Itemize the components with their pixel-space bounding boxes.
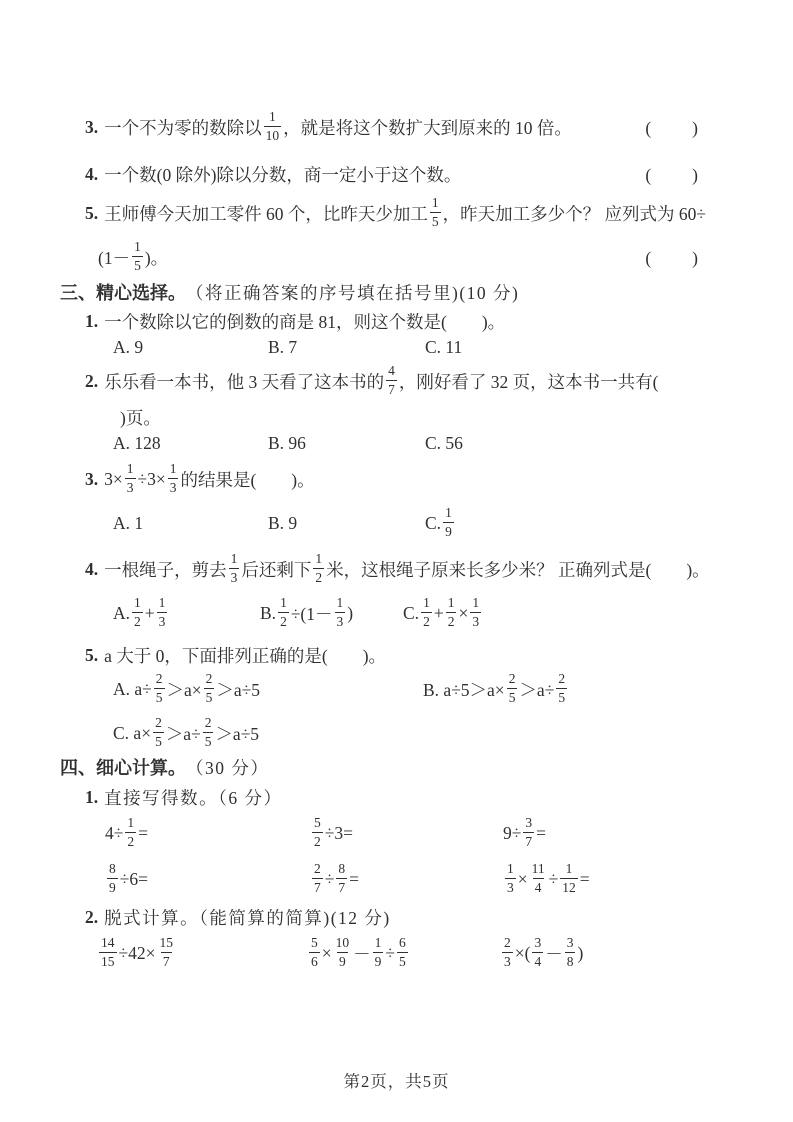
question-text: 王师傅今天加工零件 60 个，比昨天少加工15，昨天加工多少个？ 应列式为 60… [104, 196, 706, 230]
section-three-heading: 三、精心选择。（将正确答案的序号填在括号里)(10 分) [60, 279, 700, 305]
judge-item-5-line1: 5. 王师傅今天加工零件 60 个，比昨天少加工15，昨天加工多少个？ 应列式为… [85, 190, 700, 236]
option-b: B. 9 [268, 513, 425, 534]
question-number: 3. [85, 469, 98, 490]
choice-question-2-line2: )页。 [120, 404, 700, 430]
calc-expression: 23×(34－38) [500, 936, 583, 970]
fraction: 19 [443, 505, 454, 539]
choice-question-2: 2. 乐乐看一本书，他 3 天看了这本书的47，刚好看了 32 页，这本书一共有… [85, 358, 700, 404]
fraction: 13 [335, 595, 346, 629]
page-indicator: 第2页，共5页 [344, 1072, 450, 1091]
fraction: 13 [470, 595, 481, 629]
choice-question-4: 4. 一根绳子，剪去13后还剩下12米，这根绳子原来长多少米？ 正确列式是( )… [85, 546, 700, 592]
worksheet-page: 3. 一个不为零的数除以110，就是将这个数扩大到原来的 10 倍。 ( ) 4… [0, 0, 793, 1122]
fraction: 25 [556, 671, 567, 705]
calc-expression: 89÷6= [105, 862, 310, 896]
choice-options-5-row1: A. a÷25＞a×25＞a÷5 B. a÷5＞a×25＞a÷25 [113, 666, 700, 712]
option-c: C. 11 [425, 337, 462, 358]
question-text: 一根绳子，剪去13后还剩下12米，这根绳子原来长多少米？ 正确列式是( )。 [104, 552, 710, 586]
question-number: 5. [85, 203, 98, 224]
fraction: 1415 [99, 935, 117, 969]
subsection-title: 脱式计算。（能简算的简算)(12 分) [104, 905, 391, 930]
fraction: 47 [386, 363, 397, 397]
fraction: 25 [153, 715, 164, 749]
option-b: B. 12÷(1－13) [260, 596, 403, 630]
fraction: 109 [334, 935, 352, 969]
choice-question-3: 3. 3×13÷3×13的结果是( )。 [85, 456, 700, 502]
calc-row-2: 89÷6= 27÷87= 13×114÷112= [105, 856, 700, 902]
choice-question-5: 5. a 大于 0，下面排列正确的是( )。 [85, 642, 700, 668]
fraction: 56 [309, 935, 320, 969]
fraction: 37 [523, 815, 534, 849]
fraction: 13 [125, 461, 136, 495]
fraction: 13 [505, 861, 516, 895]
subsection-number: 2. [85, 907, 98, 928]
fraction: 25 [203, 715, 214, 749]
option-c: C. a×25＞a÷25＞a÷5 [113, 716, 259, 750]
fraction: 15 [430, 195, 441, 229]
question-text: 一个数除以它的倒数的商是 81，则这个数是( )。 [104, 309, 505, 334]
question-number: 4. [85, 559, 98, 580]
fraction: 12 [132, 595, 143, 629]
question-number: 1. [85, 311, 98, 332]
option-b: B. 7 [268, 337, 425, 358]
fraction: 12 [421, 595, 432, 629]
calc-subheading-2: 2. 脱式计算。（能简算的简算)(12 分) [85, 904, 700, 930]
calc-expression: 9÷37= [503, 816, 546, 850]
calc-expression: 1415÷42×157 [97, 936, 307, 970]
section-note: （30 分） [186, 755, 269, 780]
fraction: 12 [278, 595, 289, 629]
question-text: 乐乐看一本书，他 3 天看了这本书的47，刚好看了 32 页，这本书一共有( [104, 364, 658, 398]
calc-subheading-1: 1. 直接写得数。（6 分） [85, 784, 700, 810]
question-text-continued: (1－15)。 [98, 240, 168, 274]
question-number: 3. [85, 117, 98, 138]
fraction: 87 [336, 861, 347, 895]
fraction: 112 [560, 861, 578, 895]
fraction: 12 [313, 551, 324, 585]
fraction: 157 [157, 935, 175, 969]
question-text: a 大于 0，下面排列正确的是( )。 [104, 643, 386, 668]
calc-row-3: 1415÷42×157 56×109－19÷65 23×(34－38) [97, 928, 700, 978]
judge-item-3: 3. 一个不为零的数除以110，就是将这个数扩大到原来的 10 倍。 ( ) [85, 104, 700, 150]
fraction: 52 [312, 815, 323, 849]
choice-options-2: A. 128 B. 96 C. 56 [113, 430, 700, 456]
calc-expression: 56×109－19÷65 [307, 936, 500, 970]
option-a: A. 128 [113, 433, 268, 454]
question-number: 2. [85, 371, 98, 392]
fraction: 25 [154, 671, 165, 705]
question-text: 3×13÷3×13的结果是( )。 [104, 462, 315, 496]
option-c: C. 19 [425, 506, 456, 540]
fraction: 114 [530, 861, 547, 895]
fraction: 15 [132, 239, 143, 273]
option-a: A. 12+13 [113, 596, 260, 630]
subsection-title: 直接写得数。（6 分） [104, 785, 282, 810]
question-text: 一个数(0 除外)除以分数，商一定小于这个数。 [104, 162, 461, 187]
choice-question-1: 1. 一个数除以它的倒数的商是 81，则这个数是( )。 [85, 308, 700, 334]
fraction: 110 [264, 109, 282, 143]
choice-options-4: A. 12+13 B. 12÷(1－13) C. 12+12×13 [113, 590, 700, 636]
answer-bracket: ( ) [645, 245, 700, 270]
option-b: B. 96 [268, 433, 425, 454]
section-title: 四、细心计算。 [60, 754, 186, 780]
choice-options-3: A. 1 B. 9 C. 19 [113, 500, 700, 546]
option-c: C. 12+12×13 [403, 596, 483, 630]
question-text-continued: )页。 [120, 405, 161, 430]
fraction: 13 [157, 595, 168, 629]
section-note: （将正确答案的序号填在括号里)(10 分) [186, 280, 519, 305]
option-a: A. 1 [113, 513, 268, 534]
fraction: 19 [373, 935, 384, 969]
calc-expression: 4÷12= [105, 816, 310, 850]
section-four-heading: 四、细心计算。（30 分） [60, 754, 700, 780]
calc-expression: 52÷3= [310, 816, 503, 850]
option-b: B. a÷5＞a×25＞a÷25 [423, 672, 569, 706]
fraction: 27 [312, 861, 323, 895]
option-a: A. a÷25＞a×25＞a÷5 [113, 672, 423, 706]
option-c: C. 56 [425, 433, 463, 454]
question-number: 4. [85, 164, 98, 185]
fraction: 34 [532, 935, 543, 969]
fraction: 25 [204, 671, 215, 705]
answer-bracket: ( ) [645, 115, 700, 140]
fraction: 13 [168, 461, 179, 495]
fraction: 38 [565, 935, 576, 969]
calc-row-1: 4÷12= 52÷3= 9÷37= [105, 810, 700, 856]
fraction: 89 [107, 861, 118, 895]
subsection-number: 1. [85, 787, 98, 808]
calc-expression: 27÷87= [310, 862, 503, 896]
fraction: 12 [446, 595, 457, 629]
fraction: 13 [229, 551, 240, 585]
judge-item-5-line2: (1－15)。 ( ) [98, 234, 700, 280]
fraction: 23 [502, 935, 513, 969]
fraction: 25 [507, 671, 518, 705]
judge-item-4: 4. 一个数(0 除外)除以分数，商一定小于这个数。 ( ) [85, 160, 700, 188]
page-footer: 第2页，共5页 [0, 1068, 793, 1092]
section-title: 三、精心选择。 [60, 279, 186, 305]
question-text: 一个不为零的数除以110，就是将这个数扩大到原来的 10 倍。 [104, 110, 572, 144]
fraction: 12 [125, 815, 136, 849]
answer-bracket: ( ) [645, 162, 700, 187]
choice-options-1: A. 9 B. 7 C. 11 [113, 334, 700, 360]
choice-options-5-row2: C. a×25＞a÷25＞a÷5 [113, 710, 700, 756]
calc-expression: 13×114÷112= [503, 862, 590, 896]
fraction: 65 [397, 935, 408, 969]
option-a: A. 9 [113, 337, 268, 358]
question-number: 5. [85, 645, 98, 666]
